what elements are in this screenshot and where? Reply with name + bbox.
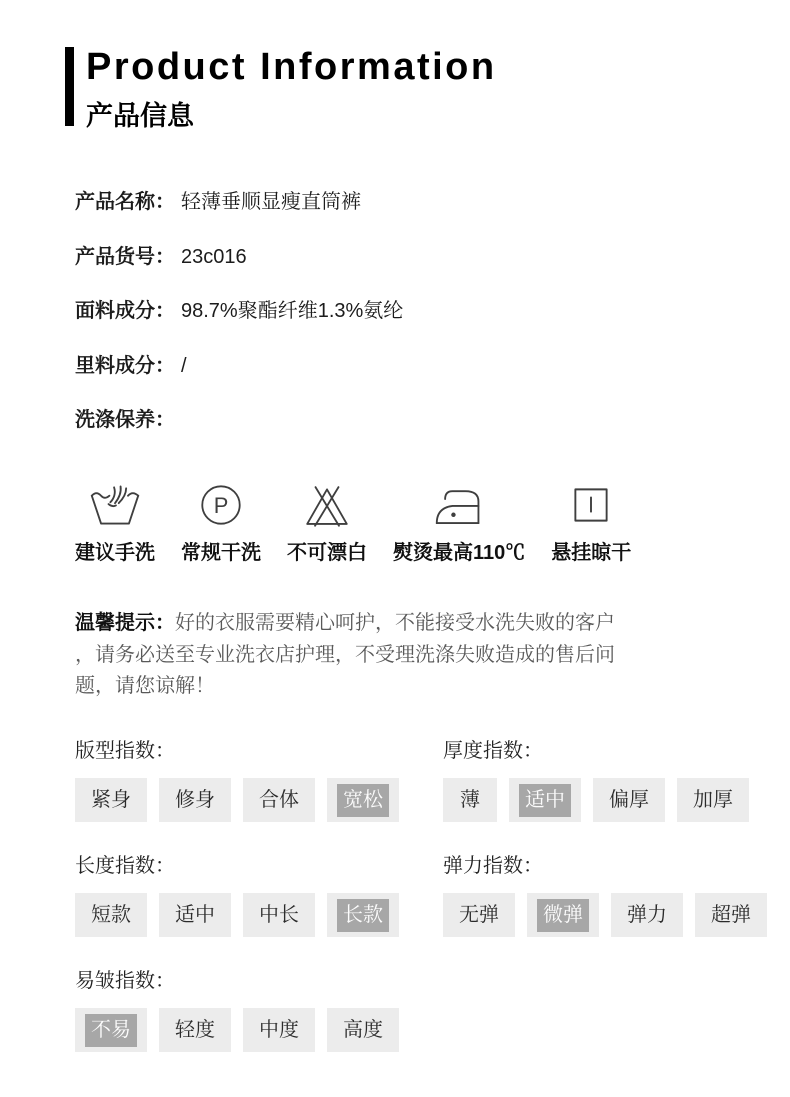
iron-max-temp-icon xyxy=(434,481,484,529)
header-accent-bar xyxy=(65,47,74,126)
index-option: 适中 xyxy=(159,893,231,937)
warm-tips-label: 温馨提示： xyxy=(75,612,175,634)
index-option: 微弹 xyxy=(527,893,599,937)
index-group-label: 长度指数： xyxy=(75,854,399,879)
index-option: 轻度 xyxy=(159,1008,231,1052)
header-titles: Product Information 产品信息 xyxy=(86,47,497,133)
index-option: 弹力 xyxy=(611,893,683,937)
index-option: 中度 xyxy=(243,1008,315,1052)
header: Product Information 产品信息 xyxy=(65,47,497,133)
index-options: 短款 适中 中长 长款 xyxy=(75,893,399,937)
care-item-hang-dry: 悬挂晾干 xyxy=(551,481,631,565)
attribute-row-fabric: 面料成分：98.7%聚酯纤维1.3%氨纶 xyxy=(75,299,403,354)
attribute-label: 里料成分： xyxy=(75,355,175,377)
index-option: 短款 xyxy=(75,893,147,937)
attribute-value: 98.7%聚酯纤维1.3%氨纶 xyxy=(181,300,403,322)
index-group-label: 版型指数： xyxy=(75,739,399,764)
index-option: 高度 xyxy=(327,1008,399,1052)
care-item-no-bleach: 不可漂白 xyxy=(287,481,367,565)
care-label: 常规干洗 xyxy=(181,541,261,565)
index-option: 紧身 xyxy=(75,778,147,822)
index-options: 薄 适中 偏厚 加厚 xyxy=(443,778,749,822)
attribute-value: 23c016 xyxy=(181,246,247,268)
no-bleach-icon xyxy=(304,481,350,529)
attribute-row-name: 产品名称：轻薄垂顺显瘦直筒裤 xyxy=(75,190,403,245)
dry-clean-icon: P xyxy=(200,481,242,529)
page-title-zh: 产品信息 xyxy=(86,94,497,133)
care-label: 建议手洗 xyxy=(75,541,155,565)
index-option: 修身 xyxy=(159,778,231,822)
product-attributes: 产品名称：轻薄垂顺显瘦直筒裤 产品货号：23c016 面料成分：98.7%聚酯纤… xyxy=(75,190,403,463)
index-option: 不易 xyxy=(75,1008,147,1052)
index-option: 合体 xyxy=(243,778,315,822)
index-group-stretch: 弹力指数： 无弹 微弹 弹力 超弹 xyxy=(443,854,767,937)
attribute-row-lining: 里料成分：/ xyxy=(75,354,403,409)
attribute-row-sku: 产品货号：23c016 xyxy=(75,245,403,300)
index-group-thickness: 厚度指数： 薄 适中 偏厚 加厚 xyxy=(443,739,749,822)
attribute-row-wash-care: 洗涤保养： xyxy=(75,408,403,463)
index-option: 长款 xyxy=(327,893,399,937)
attribute-value: / xyxy=(181,355,187,377)
index-option: 薄 xyxy=(443,778,497,822)
care-item-dry-clean: P 常规干洗 xyxy=(181,481,261,565)
index-option: 宽松 xyxy=(327,778,399,822)
attribute-label: 产品货号： xyxy=(75,246,175,268)
index-option: 中长 xyxy=(243,893,315,937)
care-item-iron-max-temp: 熨烫最高110℃ xyxy=(393,481,525,565)
care-label: 熨烫最高110℃ xyxy=(393,541,525,565)
attribute-label: 面料成分： xyxy=(75,300,175,322)
svg-text:P: P xyxy=(214,493,229,518)
attribute-label: 洗涤保养： xyxy=(75,409,175,431)
index-option: 加厚 xyxy=(677,778,749,822)
index-group-label: 厚度指数： xyxy=(443,739,749,764)
index-option: 偏厚 xyxy=(593,778,665,822)
index-group-length: 长度指数： 短款 适中 中长 长款 xyxy=(75,854,399,937)
index-group-label: 易皱指数： xyxy=(75,969,399,994)
index-group-fit: 版型指数： 紧身 修身 合体 宽松 xyxy=(75,739,399,822)
index-options: 紧身 修身 合体 宽松 xyxy=(75,778,399,822)
index-options: 不易 轻度 中度 高度 xyxy=(75,1008,399,1052)
attribute-label: 产品名称： xyxy=(75,191,175,213)
care-label: 不可漂白 xyxy=(287,541,367,565)
product-info-page: Product Information 产品信息 产品名称：轻薄垂顺显瘦直筒裤 … xyxy=(0,0,790,1097)
care-instructions: 建议手洗 P 常规干洗 不可漂白 xyxy=(75,481,631,565)
index-option: 适中 xyxy=(509,778,581,822)
index-options: 无弹 微弹 弹力 超弹 xyxy=(443,893,767,937)
hand-wash-icon xyxy=(89,481,141,529)
hang-dry-icon xyxy=(573,481,609,529)
index-option: 无弹 xyxy=(443,893,515,937)
warm-tips: 温馨提示：好的衣服需要精心呵护，不能接受水洗失败的客户，请务必送至专业洗衣店护理… xyxy=(75,608,627,703)
index-option: 超弹 xyxy=(695,893,767,937)
care-label: 悬挂晾干 xyxy=(551,541,631,565)
care-item-hand-wash: 建议手洗 xyxy=(75,481,155,565)
attribute-value: 轻薄垂顺显瘦直筒裤 xyxy=(181,191,361,213)
index-group-wrinkle: 易皱指数： 不易 轻度 中度 高度 xyxy=(75,969,399,1052)
page-title-en: Product Information xyxy=(86,47,497,87)
index-group-label: 弹力指数： xyxy=(443,854,767,879)
